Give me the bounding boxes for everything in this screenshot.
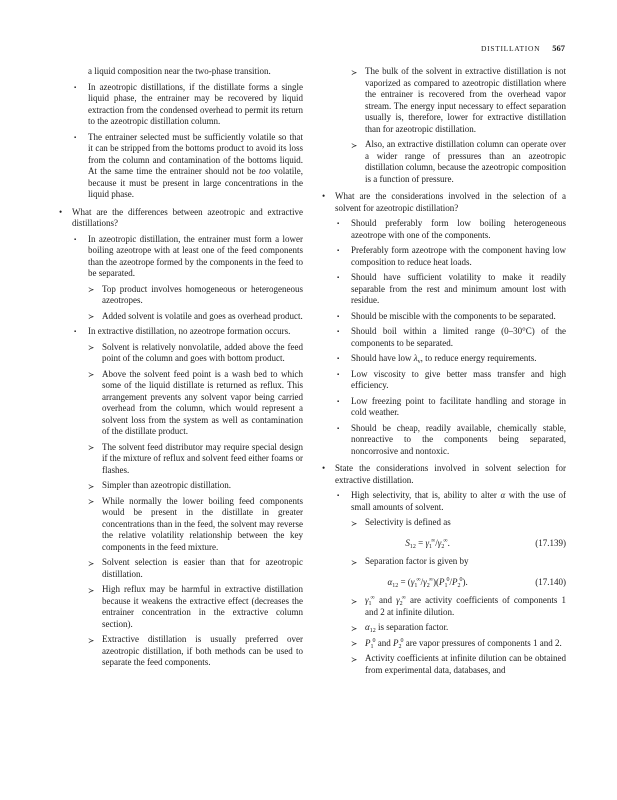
running-head: DISTILLATION567 bbox=[481, 38, 565, 56]
list-item: ≻α12 is separation factor. bbox=[320, 622, 566, 634]
list-item-text: In azeotropic distillations, if the dist… bbox=[88, 82, 303, 127]
list-item: ▪Should have low λv, to reduce energy re… bbox=[320, 353, 566, 365]
list-item: ▪Preferably form azeotrope with the comp… bbox=[320, 245, 566, 268]
list-item-text: a liquid composition near the two-phase … bbox=[88, 66, 271, 76]
list-item-text: Selectivity is defined as bbox=[365, 517, 451, 527]
list-item: a liquid composition near the two-phase … bbox=[57, 66, 303, 78]
list-item-text: Preferably form azeotrope with the compo… bbox=[351, 245, 566, 267]
page-number: 567 bbox=[552, 43, 565, 53]
bullet-icon: ▪ bbox=[337, 327, 339, 339]
bullet-icon: ▪ bbox=[337, 491, 339, 503]
list-item-text: The solvent feed distributor may require… bbox=[102, 442, 303, 475]
book-page: DISTILLATION567 a liquid composition nea… bbox=[0, 0, 617, 800]
equation-number: (17.139) bbox=[535, 538, 566, 550]
list-item: ▪In extractive distillation, no azeotrop… bbox=[57, 326, 303, 338]
list-item: ≻Activity coefficients at infinite dilut… bbox=[320, 653, 566, 676]
list-item: ▪Low viscosity to give better mass trans… bbox=[320, 369, 566, 392]
bullet-icon: ▪ bbox=[337, 312, 339, 324]
bullet-icon: ≻ bbox=[88, 496, 94, 508]
equation: S12 = γ1∞/γ2∞.(17.139) bbox=[320, 538, 566, 550]
bullet-icon: ▪ bbox=[337, 219, 339, 231]
list-item-text: Separation factor is given by bbox=[365, 556, 468, 566]
bullet-icon: ▪ bbox=[337, 246, 339, 258]
list-item: ≻While normally the lower boiling feed c… bbox=[57, 496, 303, 554]
list-item-text: High selectivity, that is, ability to al… bbox=[351, 490, 566, 512]
list-item: ≻P10 and P20 are vapor pressures of comp… bbox=[320, 638, 566, 650]
list-item: ≻Simpler than azeotropic distillation. bbox=[57, 480, 303, 492]
list-item: ≻Above the solvent feed point is a wash … bbox=[57, 369, 303, 438]
bullet-icon: • bbox=[322, 191, 325, 203]
list-item: ≻Separation factor is given by bbox=[320, 556, 566, 568]
bullet-icon: ≻ bbox=[88, 481, 94, 493]
list-item: ▪In azeotropic distillations, if the dis… bbox=[57, 82, 303, 128]
bullet-icon: ▪ bbox=[337, 370, 339, 382]
list-item: ≻Solvent is relatively nonvolatile, adde… bbox=[57, 342, 303, 365]
list-item: ≻Top product involves homogeneous or het… bbox=[57, 284, 303, 307]
bullet-icon: ≻ bbox=[351, 596, 357, 608]
list-item-text: The bulk of the solvent in extractive di… bbox=[365, 66, 566, 134]
list-item-text: What are the considerations involved in … bbox=[335, 191, 566, 213]
list-item: ▪Should have sufficient volatility to ma… bbox=[320, 272, 566, 307]
list-item: ▪Should boil within a limited range (0–3… bbox=[320, 326, 566, 349]
bullet-icon: ▪ bbox=[337, 273, 339, 285]
bullet-icon: ≻ bbox=[351, 623, 357, 635]
list-item: ≻Added solvent is volatile and goes as o… bbox=[57, 311, 303, 323]
bullet-icon: ≻ bbox=[88, 342, 94, 354]
list-item: ≻Selectivity is defined as bbox=[320, 517, 566, 529]
list-item: ≻The solvent feed distributor may requir… bbox=[57, 442, 303, 477]
list-item-text: While normally the lower boiling feed co… bbox=[102, 496, 303, 552]
list-item: ▪The entrainer selected must be sufficie… bbox=[57, 132, 303, 201]
equation-number: (17.140) bbox=[535, 577, 566, 589]
list-item-text: Should be cheap, readily available, chem… bbox=[351, 423, 566, 456]
list-item: •What are the considerations involved in… bbox=[320, 191, 566, 214]
list-item-text: Low freezing point to facilitate handlin… bbox=[351, 396, 566, 418]
equation-body: S12 = γ1∞/γ2∞. bbox=[320, 538, 535, 550]
list-item-text: Solvent selection is easier than that fo… bbox=[102, 557, 303, 579]
list-item-text: Simpler than azeotropic distillation. bbox=[102, 480, 231, 490]
list-item: ≻The bulk of the solvent in extractive d… bbox=[320, 66, 566, 135]
bullet-icon: ▪ bbox=[74, 83, 76, 95]
list-item-text: γ1∞ and γ2∞ are activity coefficients of… bbox=[365, 595, 566, 617]
list-item-text: Activity coefficients at infinite diluti… bbox=[365, 653, 566, 675]
list-item-text: Should have low λv, to reduce energy req… bbox=[351, 353, 536, 363]
list-item-text: Low viscosity to give better mass transf… bbox=[351, 369, 566, 391]
list-item-text: High reflux may be harmful in extractive… bbox=[102, 584, 303, 629]
bullet-icon: ≻ bbox=[351, 140, 357, 152]
list-item: •What are the differences between azeotr… bbox=[57, 207, 303, 230]
list-item-text: Should be miscible with the components t… bbox=[351, 311, 556, 321]
bullet-icon: ≻ bbox=[351, 67, 357, 79]
list-item: ≻γ1∞ and γ2∞ are activity coefficients o… bbox=[320, 595, 566, 618]
list-item-text: Also, an extractive distillation column … bbox=[365, 139, 566, 184]
running-head-title: DISTILLATION bbox=[481, 44, 540, 53]
list-item: ▪Should preferably form low boiling hete… bbox=[320, 218, 566, 241]
bullet-icon: ▪ bbox=[337, 354, 339, 366]
equation: α12 = (γ1∞/γ2∞)(P10/P20).(17.140) bbox=[320, 577, 566, 589]
bullet-icon: ▪ bbox=[74, 235, 76, 247]
bullet-icon: ≻ bbox=[351, 654, 357, 666]
list-item-text: Top product involves homogeneous or hete… bbox=[102, 284, 303, 306]
bullet-icon: ≻ bbox=[351, 557, 357, 569]
list-item-text: Solvent is relatively nonvolatile, added… bbox=[102, 342, 303, 364]
list-item: ≻Also, an extractive distillation column… bbox=[320, 139, 566, 185]
bullet-icon: ≻ bbox=[88, 585, 94, 597]
list-item: ≻High reflux may be harmful in extractiv… bbox=[57, 584, 303, 630]
list-item-text: Above the solvent feed point is a wash b… bbox=[102, 369, 303, 437]
list-item: ▪Should be miscible with the components … bbox=[320, 311, 566, 323]
list-item-text: α12 is separation factor. bbox=[365, 622, 448, 632]
list-item: ▪High selectivity, that is, ability to a… bbox=[320, 490, 566, 513]
list-item: ▪In azeotropic distillation, the entrain… bbox=[57, 234, 303, 280]
bullet-icon: ≻ bbox=[88, 311, 94, 323]
bullet-icon: ▪ bbox=[74, 133, 76, 145]
bullet-icon: ▪ bbox=[337, 424, 339, 436]
bullet-icon: ▪ bbox=[74, 327, 76, 339]
left-column: a liquid composition near the two-phase … bbox=[57, 66, 303, 669]
list-item-text: Should preferably form low boiling heter… bbox=[351, 218, 566, 240]
list-item: ▪Should be cheap, readily available, che… bbox=[320, 423, 566, 458]
bullet-icon: ≻ bbox=[88, 635, 94, 647]
bullet-icon: ≻ bbox=[351, 638, 357, 650]
list-item: ≻Extractive distillation is usually pref… bbox=[57, 634, 303, 669]
bullet-icon: ≻ bbox=[88, 284, 94, 296]
list-item: ▪Low freezing point to facilitate handli… bbox=[320, 396, 566, 419]
bullet-icon: • bbox=[59, 207, 62, 219]
list-item-text: In extractive distillation, no azeotrope… bbox=[88, 326, 290, 336]
list-item-text: The entrainer selected must be sufficien… bbox=[88, 132, 303, 200]
bullet-icon: ≻ bbox=[88, 369, 94, 381]
list-item-text: Extractive distillation is usually prefe… bbox=[102, 634, 303, 667]
bullet-icon: ≻ bbox=[351, 518, 357, 530]
right-column: ≻The bulk of the solvent in extractive d… bbox=[320, 66, 566, 676]
list-item-text: In azeotropic distillation, the entraine… bbox=[88, 234, 303, 279]
bullet-icon: ≻ bbox=[88, 558, 94, 570]
list-item-text: P10 and P20 are vapor pressures of compo… bbox=[365, 638, 562, 648]
bullet-icon: ▪ bbox=[337, 397, 339, 409]
list-item-text: What are the differences between azeotro… bbox=[72, 207, 303, 229]
list-item-text: Should have sufficient volatility to mak… bbox=[351, 272, 566, 305]
list-item: •State the considerations involved in so… bbox=[320, 463, 566, 486]
list-item-text: Added solvent is volatile and goes as ov… bbox=[102, 311, 303, 321]
equation-body: α12 = (γ1∞/γ2∞)(P10/P20). bbox=[320, 577, 535, 589]
list-item: ≻Solvent selection is easier than that f… bbox=[57, 557, 303, 580]
bullet-icon: ≻ bbox=[88, 442, 94, 454]
list-item-text: Should boil within a limited range (0–30… bbox=[351, 326, 566, 348]
bullet-icon: • bbox=[322, 463, 325, 475]
list-item-text: State the considerations involved in sol… bbox=[335, 463, 566, 485]
